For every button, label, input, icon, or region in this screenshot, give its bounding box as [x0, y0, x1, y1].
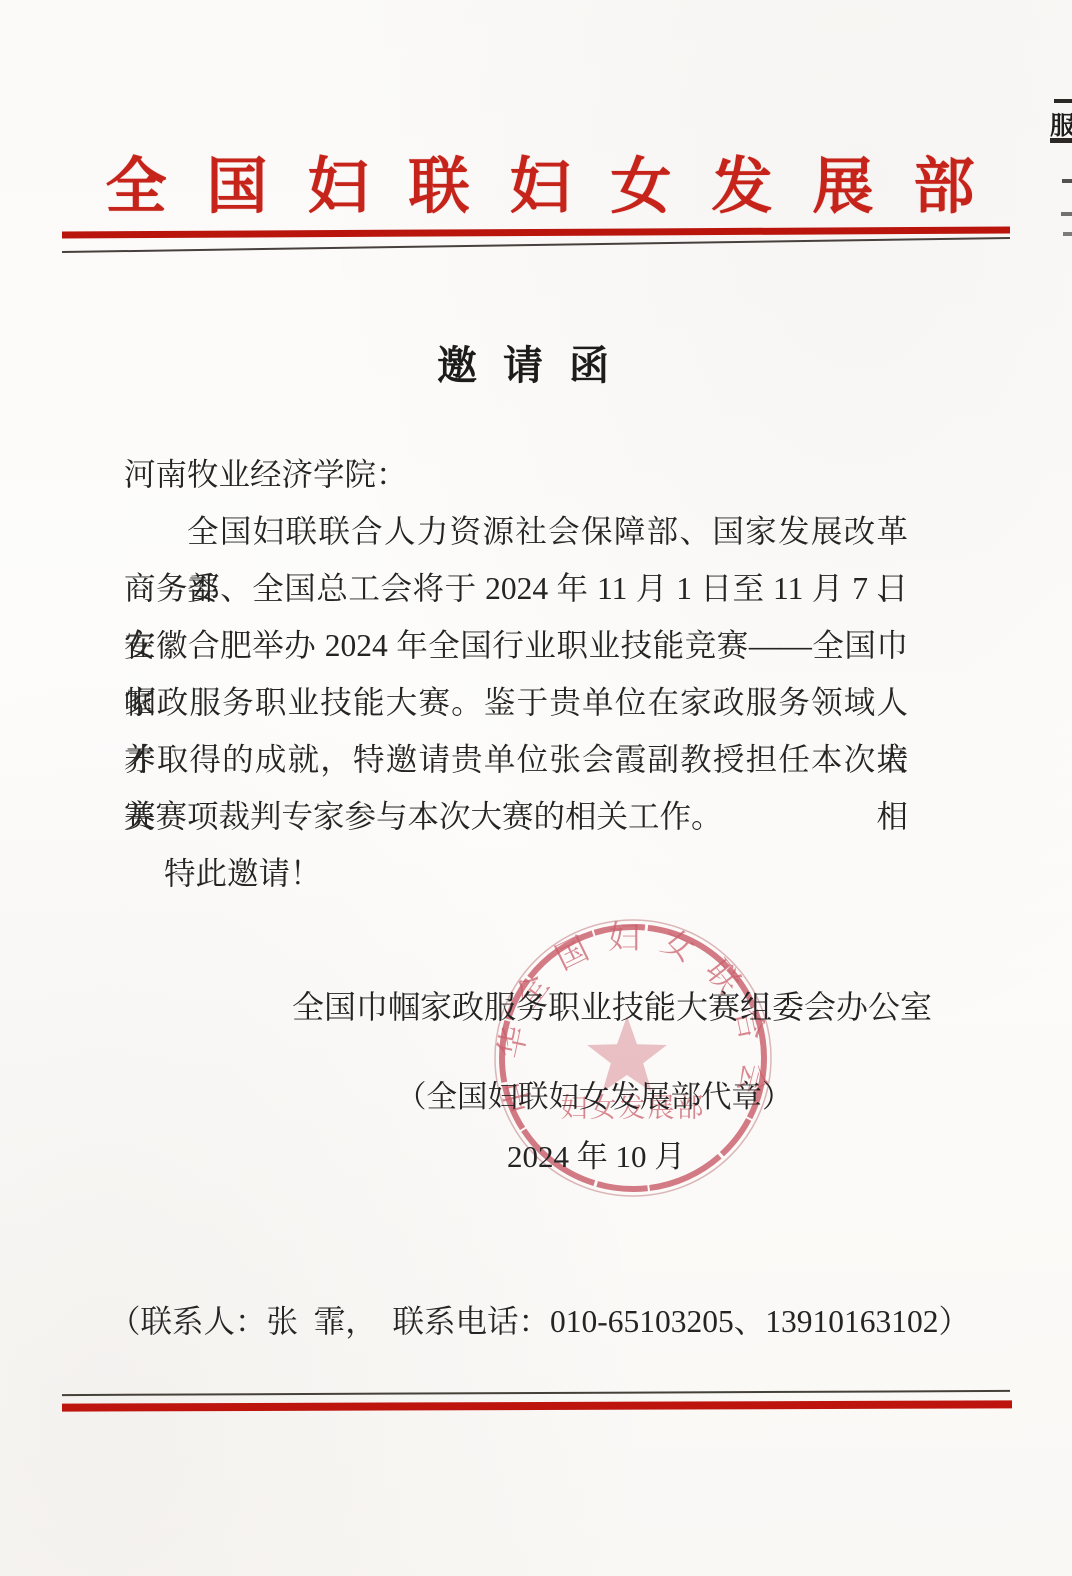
closing-line: 特此邀请！: [124, 845, 908, 902]
footer-rule-red: [62, 1400, 1012, 1411]
letterhead-rule-red: [62, 227, 1010, 239]
letter-body: 河南牧业经济学院： 全国妇联联合人力资源社会保障部、国家发展改革委、 商务部、全…: [124, 446, 908, 902]
letterhead-rule-dark: [62, 237, 1010, 253]
letter-title: 邀请函: [0, 334, 1046, 391]
body-line: 安徽合肥举办 2024 年全国行业职业技能竞赛——全国巾帼: [124, 617, 908, 674]
document-page: 全国妇联妇女发展部 邀请函 河南牧业经济学院： 全国妇联联合人力资源社会保障部、…: [0, 0, 1072, 1576]
body-line: 全国妇联联合人力资源社会保障部、国家发展改革委、: [124, 503, 908, 560]
scan-artifact-dash: [1062, 179, 1072, 183]
scan-artifact-glyph: 服: [1050, 106, 1072, 142]
scan-artifact-dash: [1050, 138, 1072, 143]
footer-rule-dark: [62, 1390, 1010, 1396]
body-line: 家政服务职业技能大赛。鉴于贵单位在家政服务领域人才培: [124, 674, 908, 731]
signature-delegation-note: （全国妇联妇女发展部代章）: [396, 1072, 793, 1116]
scan-artifact-dash: [1054, 99, 1072, 103]
salutation-line: 河南牧业经济学院：: [124, 446, 908, 503]
signature-date: 2024 年 10 月: [507, 1131, 685, 1176]
signature-office: 全国巾帼家政服务职业技能大赛组委会办公室: [292, 982, 932, 1028]
body-line: 养取得的成就，特邀请贵单位张会霞副教授担任本次大赛相: [124, 731, 908, 788]
contact-line: （联系人：张 霏， 联系电话：010-65103205、13910163102）: [109, 1297, 970, 1342]
body-line: 商务部、全国总工会将于 2024 年 11 月 1 日至 11 月 7 日在: [124, 560, 908, 617]
letterhead-org-name: 全国妇联妇女发展部: [0, 138, 1072, 225]
scan-artifact-dash: [1061, 212, 1072, 216]
scan-artifact-dash: [1063, 232, 1072, 236]
